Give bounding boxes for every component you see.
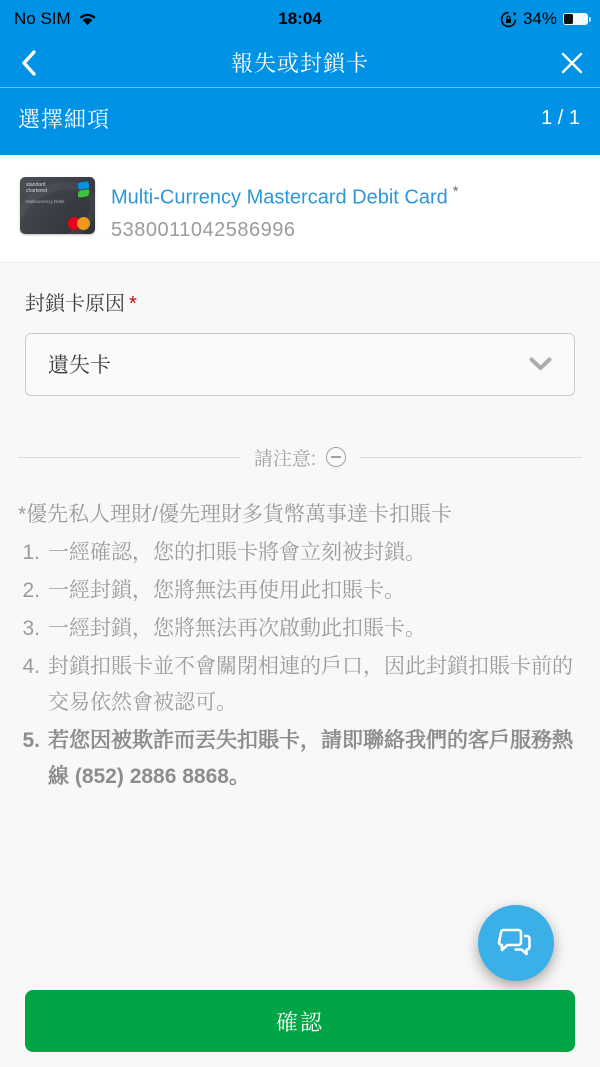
notice-item-number: 4. — [18, 649, 48, 721]
carrier-label: No SIM — [14, 9, 71, 29]
notice-section: *優先私人理財/優先理財多貨幣萬事達卡扣賬卡 1.一經確認，您的扣賬卡將會立刻被… — [0, 471, 600, 795]
chevron-down-icon — [529, 357, 552, 371]
divider-line-right — [360, 457, 582, 458]
collapse-minus-icon[interactable] — [326, 447, 346, 467]
block-card-form: 封鎖卡原因* 遺失卡 — [0, 263, 600, 396]
card-summary-row: standard chartered Multicurrency Debit M… — [0, 155, 600, 263]
required-asterisk: * — [129, 293, 137, 315]
notice-heading: *優先私人理財/優先理財多貨幣萬事達卡扣賬卡 — [18, 497, 582, 533]
blue-header-block: No SIM 18:04 34% — [0, 0, 600, 155]
page-title: 報失或封鎖卡 — [231, 47, 369, 78]
standard-chartered-logo-icon — [78, 182, 89, 197]
back-button[interactable] — [0, 38, 56, 87]
notice-list: 1.一經確認，您的扣賬卡將會立刻被封鎖。2.一經封鎖，您將無法再使用此扣賬卡。3… — [18, 535, 582, 795]
notice-item-text: 一經確認，您的扣賬卡將會立刻被封鎖。 — [48, 535, 582, 571]
notice-item: 3.一經封鎖，您將無法再次啟動此扣賬卡。 — [18, 611, 582, 647]
close-button[interactable] — [544, 38, 600, 87]
card-name-asterisk: * — [453, 183, 459, 200]
notice-item: 2.一經封鎖，您將無法再使用此扣賬卡。 — [18, 573, 582, 609]
battery-percent-label: 34% — [523, 9, 557, 29]
notice-divider: 請注意: — [0, 444, 600, 471]
notice-item-number: 3. — [18, 611, 48, 647]
chat-bubbles-icon — [497, 927, 535, 959]
card-number: 5380011042586996 — [111, 219, 459, 242]
orientation-lock-icon — [500, 11, 517, 28]
mastercard-logo-icon — [68, 217, 90, 230]
wifi-icon — [78, 12, 97, 26]
card-type-text: Multicurrency Debit — [26, 199, 65, 204]
app-screen: No SIM 18:04 34% — [0, 0, 600, 1067]
notice-item-text: 一經封鎖，您將無法再次啟動此扣賬卡。 — [48, 611, 582, 647]
notice-item: 4.封鎖扣賬卡並不會關閉相連的戶口，因此封鎖扣賬卡前的交易依然會被認可。 — [18, 649, 582, 721]
divider-line-left — [18, 457, 240, 458]
reason-selected-value: 遺失卡 — [48, 349, 111, 379]
status-bar: No SIM 18:04 34% — [0, 0, 600, 38]
debit-card-image: standard chartered Multicurrency Debit — [20, 177, 95, 234]
reason-label: 封鎖卡原因 — [25, 293, 125, 315]
notice-item-number: 2. — [18, 573, 48, 609]
nav-bar: 報失或封鎖卡 — [0, 38, 600, 88]
close-icon — [560, 51, 584, 75]
notice-item-number: 5. — [18, 723, 48, 795]
notice-item: 1.一經確認，您的扣賬卡將會立刻被封鎖。 — [18, 535, 582, 571]
reason-select[interactable]: 遺失卡 — [25, 333, 575, 396]
battery-icon — [563, 13, 588, 25]
chevron-left-icon — [21, 50, 36, 76]
notice-item: 5.若您因被欺詐而丟失扣賬卡，請即聯絡我們的客戶服務熱線 (852) 2886 … — [18, 723, 582, 795]
notice-item-number: 1. — [18, 535, 48, 571]
card-name-link[interactable]: Multi-Currency Mastercard Debit Card — [111, 187, 448, 209]
section-header: 選擇細項 1 / 1 — [0, 88, 600, 155]
section-title: 選擇細項 — [18, 103, 110, 134]
notice-item-text: 若您因被欺詐而丟失扣賬卡，請即聯絡我們的客戶服務熱線 (852) 2886 88… — [48, 723, 582, 795]
card-info: Multi-Currency Mastercard Debit Card* 53… — [111, 177, 459, 242]
notice-item-text: 一經封鎖，您將無法再使用此扣賬卡。 — [48, 573, 582, 609]
notice-item-text: 封鎖扣賬卡並不會關閉相連的戶口，因此封鎖扣賬卡前的交易依然會被認可。 — [48, 649, 582, 721]
confirm-button[interactable]: 確認 — [25, 990, 575, 1052]
reason-field-label: 封鎖卡原因* — [25, 287, 575, 316]
page-indicator: 1 / 1 — [541, 107, 580, 130]
notice-toggle-label: 請注意: — [254, 444, 316, 471]
card-brand-text: standard chartered — [26, 182, 47, 194]
chat-button[interactable] — [478, 905, 554, 981]
